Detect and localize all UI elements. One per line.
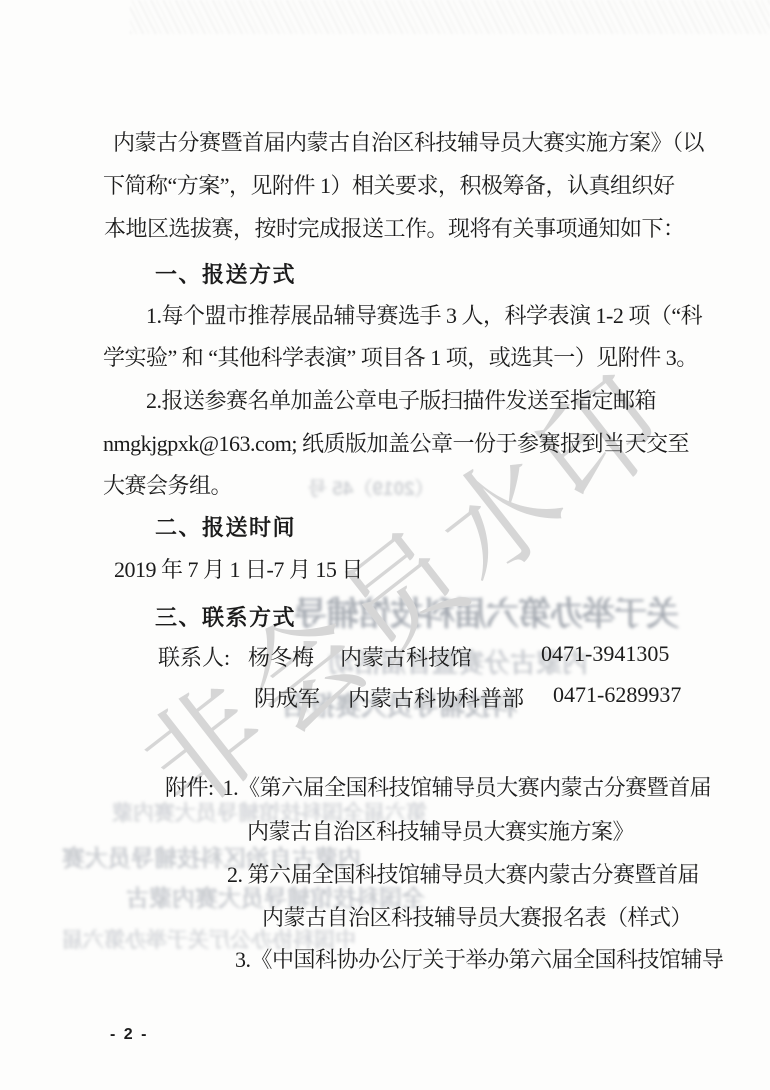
section1-item2-line3: 大赛会务组。 [103,469,232,500]
contact-row-2: 阴成军 内蒙古科协科普部 0471-6289937 [0,682,770,714]
attachments-line-2: 内蒙古自治区科技辅导员大赛实施方案》 [247,815,634,846]
attachments-line-3: 2. 第六届全国科技馆辅导员大赛内蒙古分赛暨首届 [227,858,699,889]
contact-prefix: 联系人: [158,641,230,672]
page-number: - 2 - [110,1026,148,1044]
contact-phone: 0471-6289937 [553,682,681,708]
section1-item2-line1: 2.报送参赛名单加盖公章电子版扫描件发送至指定邮箱 [146,384,656,415]
attachments-line-5: 3.《中国科协办公厅关于举办第六届全国科技馆辅导 [235,943,724,974]
contact-org: 内蒙古科技馆 [340,641,472,672]
contact-name: 阴成军 [254,682,320,713]
contact-org: 内蒙古科协科普部 [348,682,524,713]
contact-name: 杨冬梅 [248,641,314,672]
attachments-line-1: 附件:1.《第六届全国科技馆辅导员大赛内蒙古分赛暨首届 [165,771,711,802]
intro-line-2: 下简称“方案”，见附件 1）相关要求，积极筹备，认真组织好 [103,169,675,200]
section1-item2-line2: nmgkjgpxk@163.com; 纸质版加盖公章一份于参赛报到当天交至 [103,427,689,458]
section1-item1-line2: 学实验” 和 “其他科学表演” 项目各 1 项，或选其一）见附件 3。 [103,341,698,372]
intro-line-3: 本地区选拔赛，按时完成报送工作。现将有关事项通知如下： [104,212,685,243]
section3-heading: 三、联系方式 [155,601,296,632]
attachments-label: 附件: [165,775,214,800]
section2-heading: 二、报送时间 [155,511,296,542]
intro-line-1: 内蒙古分赛暨首届内蒙古自治区科技辅导员大赛实施方案》（以 [113,126,704,157]
scan-noise-band [130,0,770,34]
contact-row-1: 联系人: 杨冬梅 内蒙古科技馆 0471-3941305 [0,641,770,673]
scanned-document-page: （2019）45 号 关于举办第六届科技馆辅导 内蒙古分赛暨首届活动 科技辅导员… [0,0,770,1090]
submission-date: 2019 年 7 月 1 日-7 月 15 日 [114,553,363,584]
section1-heading: 一、报送方式 [155,258,296,289]
attachment-item-1: 1.《第六届全国科技馆辅导员大赛内蒙古分赛暨首届 [223,775,712,800]
contact-phone: 0471-3941305 [541,641,669,667]
section1-item1-line1: 1.每个盟市推荐展品辅导赛选手 3 人，科学表演 1-2 项（“科 [146,299,702,330]
attachments-line-4: 内蒙古自治区科技辅导员大赛报名表（样式） [262,901,692,932]
